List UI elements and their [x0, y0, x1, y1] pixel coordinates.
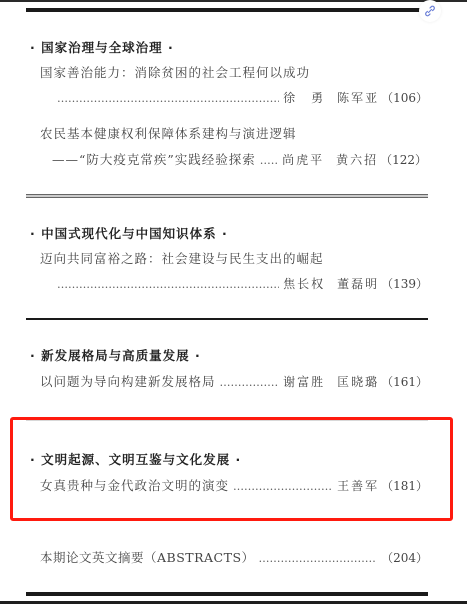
dot-leader: [220, 376, 280, 389]
top-edge-border: [0, 0, 467, 2]
dot-leader: [57, 92, 279, 105]
toc-entry-title[interactable]: 迈向共同富裕之路：社会建设与民生支出的崛起: [40, 249, 324, 267]
toc-entry-row[interactable]: 女真贵种与金代政治文明的演变 王善军 （181）: [40, 476, 428, 494]
section-heading-modernization: · 中国式现代化与中国知识体系 ·: [30, 224, 228, 242]
toc-entry-page: （161）: [381, 373, 428, 390]
toc-entry-author: 陈军亚: [337, 89, 379, 106]
toc-entry-page: （181）: [381, 477, 428, 494]
bottom-double-rule: [26, 592, 428, 596]
toc-entry-author: 黄六招: [336, 151, 378, 168]
toc-entry-title: 以问题为导向构建新发展格局: [40, 372, 216, 390]
highlight-box: [10, 417, 453, 521]
top-double-rule: [26, 8, 420, 12]
section-divider: [26, 194, 428, 198]
section-heading-civilization: · 文明起源、文明互鉴与文化发展 ·: [30, 450, 241, 468]
toc-entry-page: （139）: [381, 275, 428, 292]
toc-entry-author: 徐 勇: [283, 89, 325, 106]
link-icon: [424, 5, 436, 17]
toc-entry-page: （122）: [380, 151, 427, 168]
toc-entry-row[interactable]: 以问题为导向构建新发展格局 谢富胜 匡晓璐 （161）: [40, 372, 428, 390]
toc-entry-leader-row: 徐 勇 陈军亚 （106）: [53, 89, 428, 106]
toc-entry-author: 谢富胜: [283, 373, 325, 390]
dot-leader: [259, 552, 376, 565]
toc-entry-author: 董磊明: [337, 275, 379, 292]
section-divider: [26, 318, 428, 320]
toc-entry-title[interactable]: 农民基本健康权利保障体系建构与演进逻辑: [40, 124, 297, 142]
dot-leader: [57, 278, 279, 291]
toc-entry-author: 焦长权: [283, 275, 325, 292]
toc-entry-page: （106）: [381, 89, 428, 106]
dot-leader: [260, 154, 278, 167]
toc-entry-author: 王善军: [337, 477, 379, 494]
toc-entry-author: 尚虎平: [282, 151, 324, 168]
section-heading-governance: · 国家治理与全球治理 ·: [30, 38, 174, 56]
toc-entry-title: 女真贵种与金代政治文明的演变: [40, 476, 229, 494]
toc-entry-subtitle-row: ——“防大疫克常疾”实践经验探索 尚虎平 黄六招 （122）: [52, 150, 427, 168]
link-button[interactable]: [419, 0, 441, 22]
toc-entry-subtitle: ——“防大疫克常疾”实践经验探索: [52, 150, 256, 168]
abstracts-page: （204）: [381, 549, 428, 566]
dot-leader: [233, 480, 333, 493]
abstracts-title: 本期论文英文摘要（ABSTRACTS）: [40, 548, 255, 566]
toc-entry-author: 匡晓璐: [337, 373, 379, 390]
toc-entry-leader-row: 焦长权 董磊明 （139）: [53, 275, 428, 292]
section-heading-development: · 新发展格局与高质量发展 ·: [30, 346, 201, 364]
toc-entry-title[interactable]: 国家善治能力：消除贫困的社会工程何以成功: [40, 63, 310, 81]
abstracts-row[interactable]: 本期论文英文摘要（ABSTRACTS） （204）: [40, 548, 428, 566]
